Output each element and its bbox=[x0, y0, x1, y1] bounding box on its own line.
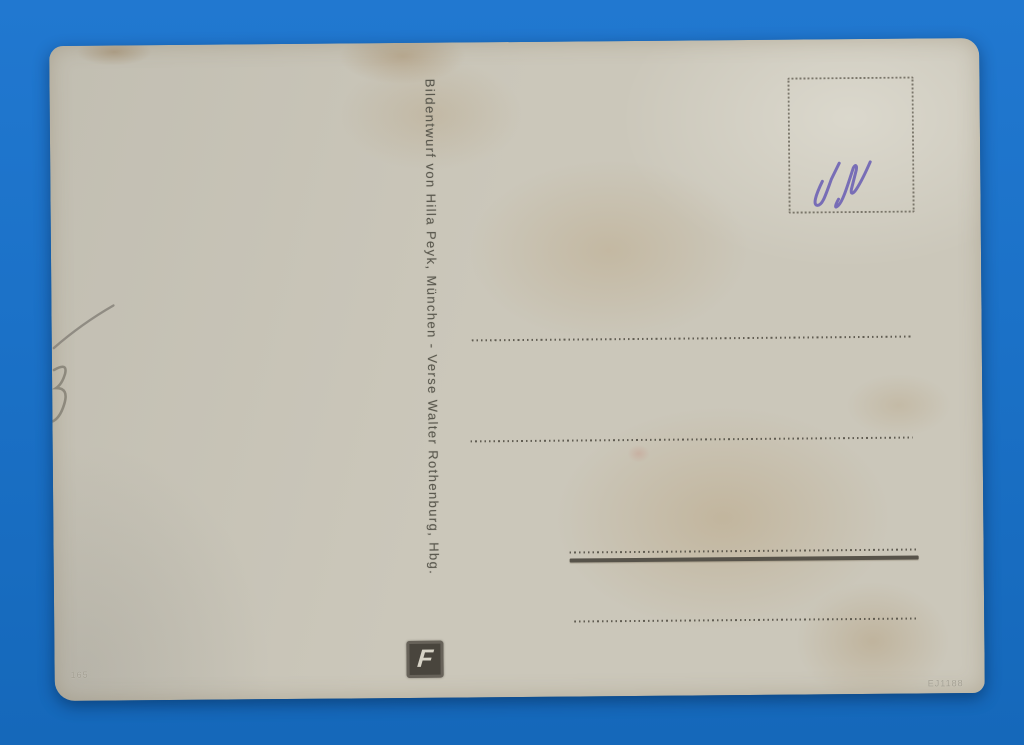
publisher-logo-letter: F bbox=[416, 647, 434, 672]
address-divider-thick bbox=[570, 556, 919, 563]
card-number-left: 165 bbox=[71, 670, 89, 680]
pencil-mark-slash bbox=[49, 297, 122, 354]
publisher-logo: F bbox=[406, 641, 443, 678]
pencil-mark-curl bbox=[49, 364, 84, 430]
address-line-2 bbox=[471, 437, 913, 443]
address-line-1 bbox=[472, 336, 912, 342]
card-number-right: EJ1188 bbox=[928, 678, 964, 688]
publisher-credit-text: Bildentwurf von Hilla Peyk, München - Ve… bbox=[409, 79, 442, 647]
ink-scribble bbox=[808, 151, 879, 212]
photo-background: Bildentwurf von Hilla Peyk, München - Ve… bbox=[0, 0, 1024, 745]
address-line-3 bbox=[570, 549, 917, 554]
address-line-4 bbox=[574, 618, 918, 623]
postcard-back: Bildentwurf von Hilla Peyk, München - Ve… bbox=[49, 38, 985, 701]
